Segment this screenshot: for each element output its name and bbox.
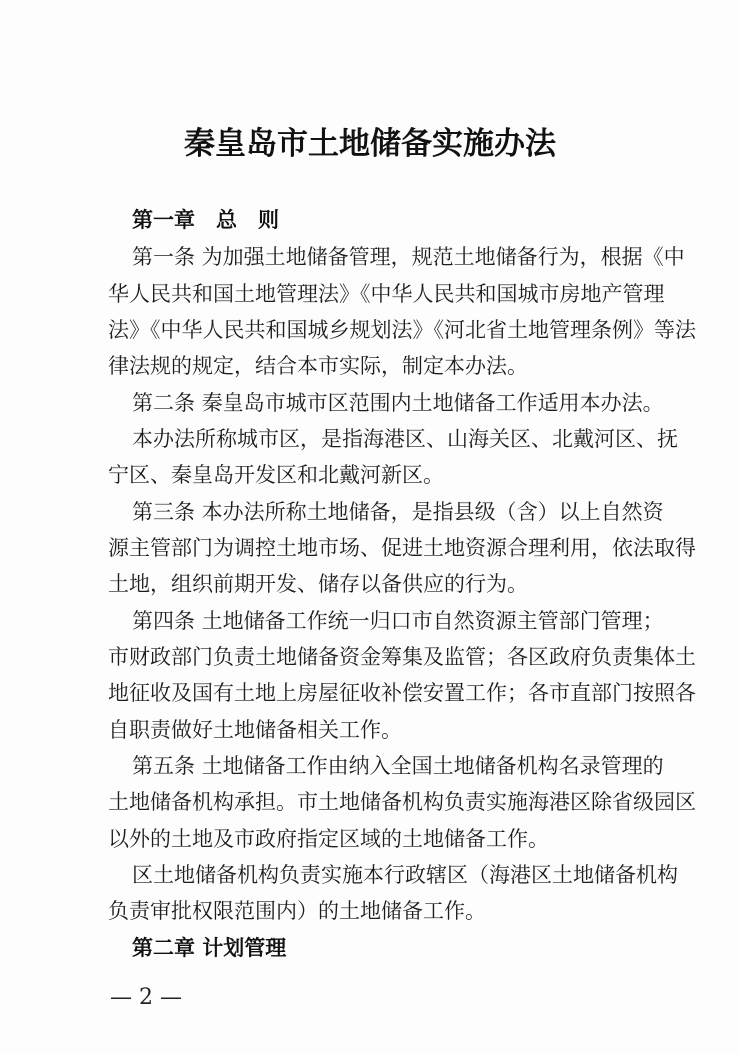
article-4-line-2: 市财政部门负责土地储备资金筹集及监管；各区政府负责集体土: [108, 644, 648, 670]
article-5-line-2: 土地储备机构承担。市土地储备机构负责实施海港区除省级园区: [108, 789, 648, 815]
article-2-scope-line-2: 宁区、秦皇岛开发区和北戴河新区。: [108, 462, 648, 488]
article-5-district-line-2: 负责审批权限范围内）的土地储备工作。: [108, 898, 648, 924]
article-3-line-3: 土地，组织前期开发、储存以备供应的行为。: [108, 571, 648, 597]
article-4-line-4: 自职责做好土地储备相关工作。: [108, 717, 648, 743]
article-1-line-2: 华人民共和国土地管理法》《中华人民共和国城市房地产管理: [108, 281, 648, 307]
article-3-line-2: 源主管部门为调控土地市场、促进土地资源合理利用，依法取得: [108, 535, 648, 561]
article-4-line-3: 地征收及国有土地上房屋征收补偿安置工作；各市直部门按照各: [108, 680, 648, 706]
article-5-line-3: 以外的土地及市政府指定区域的土地储备工作。: [108, 826, 648, 852]
document-page: 秦皇岛市土地储备实施办法 第一章 总 则 第一条 为加强土地储备管理，规范土地储…: [0, 0, 740, 1053]
article-4-line-1: 第四条 土地储备工作统一归口市自然资源主管部门管理；: [132, 608, 648, 634]
article-1-line-4: 律法规的规定，结合本市实际，制定本办法。: [108, 353, 648, 379]
article-2-line-1: 第二条 秦皇岛市城市区范围内土地储备工作适用本办法。: [132, 390, 672, 416]
article-5-line-1: 第五条 土地储备工作由纳入全国土地储备机构名录管理的: [132, 753, 648, 779]
article-5-district-line-1: 区土地储备机构负责实施本行政辖区（海港区土地储备机构: [132, 862, 648, 888]
document-title: 秦皇岛市土地储备实施办法: [0, 118, 740, 163]
article-2-scope-line-1: 本办法所称城市区，是指海港区、山海关区、北戴河区、抚: [132, 426, 648, 452]
article-1-line-1: 第一条 为加强土地储备管理，规范土地储备行为，根据《中: [132, 244, 648, 270]
article-1-line-3: 法》《中华人民共和国城乡规划法》《河北省土地管理条例》等法: [108, 317, 648, 343]
article-3-line-1: 第三条 本办法所称土地储备，是指县级（含）以上自然资: [132, 499, 648, 525]
page-number: — 2 —: [110, 985, 182, 1010]
chapter-heading-1: 第一章 总 则: [132, 207, 672, 233]
chapter-heading-2: 第二章 计划管理: [132, 935, 672, 961]
